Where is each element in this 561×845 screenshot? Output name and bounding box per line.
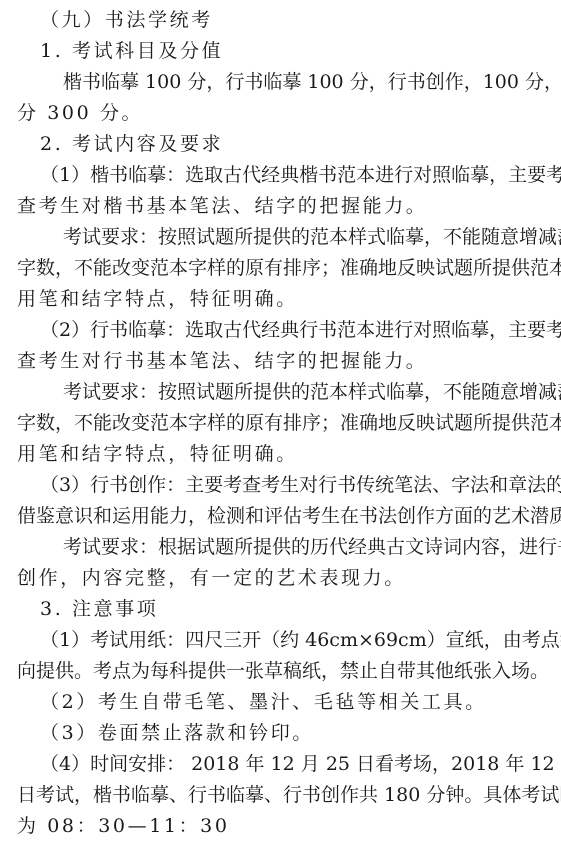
paragraph-line: （3）卷面禁止落款和钤印。 bbox=[40, 718, 545, 748]
paragraph-line: 借鉴意识和运用能力，检测和评估考生在书法创作方面的艺术潜质。 bbox=[17, 501, 545, 531]
paragraph-line: 用笔和结字特点，特征明确。 bbox=[17, 284, 545, 314]
paragraph-line: （2）行书临摹：选取古代经典行书范本进行对照临摹，主要考 bbox=[40, 315, 545, 345]
paragraph-line: 创作，内容完整，有一定的艺术表现力。 bbox=[17, 563, 545, 593]
paragraph-line: 分 300 分。 bbox=[17, 98, 545, 128]
paragraph-line: 用笔和结字特点，特征明确。 bbox=[17, 439, 545, 469]
paragraph-line: 考试要求：按照试题所提供的范本样式临摹，不能随意增减范本 bbox=[63, 377, 545, 407]
paragraph-line: （2）考生自带毛笔、墨汁、毛毡等相关工具。 bbox=[40, 687, 545, 717]
paragraph-line: 为 08：30—11：30 bbox=[17, 811, 545, 841]
paragraph-line: 字数，不能改变范本字样的原有排序；准确地反映试题所提供范本的 bbox=[17, 253, 545, 283]
document-page: （九）书法学统考 1. 考试科目及分值 楷书临摹 100 分，行书临摹 100 … bbox=[0, 0, 561, 845]
paragraph-line: 日考试，楷书临摹、行书临摹、行书创作共 180 分钟。具体考试时间 bbox=[17, 780, 545, 810]
paragraph-line: （1）考试用纸：四尺三开（约 46cm×69cm）宣纸，由考点统一 bbox=[40, 625, 545, 655]
subheading-notes: 3. 注意事项 bbox=[40, 594, 545, 624]
section-heading-calligraphy-exam: （九）书法学统考 bbox=[40, 5, 545, 35]
paragraph-line: 楷书临摹 100 分，行书临摹 100 分，行书创作，100 分，合计总 bbox=[63, 67, 545, 97]
paragraph-line: （1）楷书临摹：选取古代经典楷书范本进行对照临摹，主要考 bbox=[40, 160, 545, 190]
subheading-subjects-and-scores: 1. 考试科目及分值 bbox=[40, 36, 545, 66]
paragraph-line: 向提供。考点为每科提供一张草稿纸，禁止自带其他纸张入场。 bbox=[17, 656, 545, 686]
paragraph-line: 字数，不能改变范本字样的原有排序；准确地反映试题所提供范本的 bbox=[17, 408, 545, 438]
paragraph-line: 考试要求：按照试题所提供的范本样式临摹，不能随意增减范本 bbox=[63, 222, 545, 252]
paragraph-line: 考试要求：根据试题所提供的历代经典古文诗词内容，进行书法 bbox=[63, 532, 545, 562]
paragraph-line: 查考生对行书基本笔法、结字的把握能力。 bbox=[17, 346, 545, 376]
subheading-content-and-requirements: 2. 考试内容及要求 bbox=[40, 129, 545, 159]
paragraph-line: （3）行书创作：主要考查考生对行书传统笔法、字法和章法的 bbox=[40, 470, 545, 500]
paragraph-line: （4）时间安排： 2018 年 12 月 25 日看考场，2018 年 12 月… bbox=[40, 749, 545, 779]
paragraph-line: 查考生对楷书基本笔法、结字的把握能力。 bbox=[17, 191, 545, 221]
